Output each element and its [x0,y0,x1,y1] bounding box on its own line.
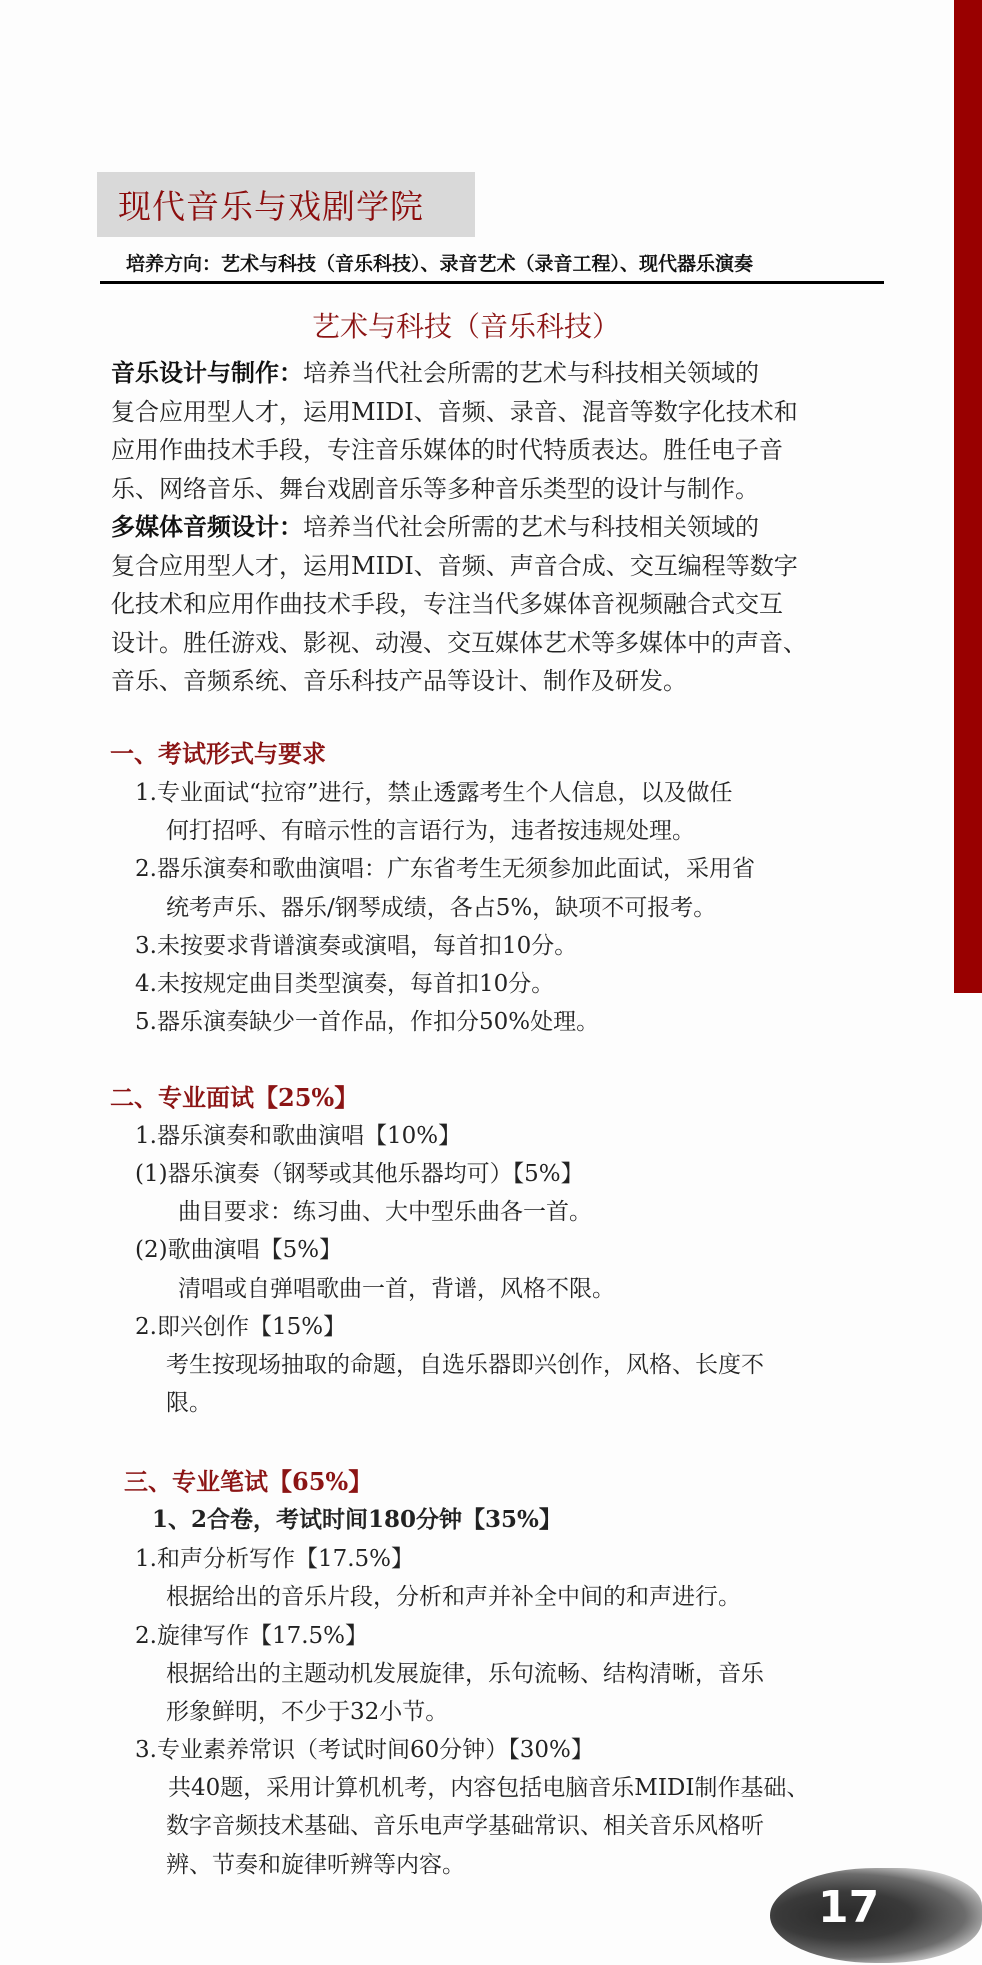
header-divider [100,281,884,284]
list-item: 5.器乐演奏缺少一首作品，作扣分50%处理。 [135,1003,599,1036]
section-heading-exam-format: 一、考试形式与要求 [110,734,326,769]
list-item: 共40题，采用计算机机考，内容包括电脑音乐MIDI制作基础、 [168,1769,809,1802]
list-item: 辨、节奏和旋律听辨等内容。 [166,1846,465,1879]
list-item: 考生按现场抽取的命题，自选乐器即兴创作，风格、长度不 [166,1346,764,1379]
list-item: 2.器乐演奏和歌曲演唱：广东省考生无须参加此面试，采用省 [135,850,755,883]
section-heading-interview: 二、专业面试【25%】 [110,1078,358,1113]
list-item: 统考声乐、器乐/钢琴成绩，各占5%，缺项不可报考。 [166,889,716,922]
list-item: (2)歌曲演唱【5%】 [135,1231,342,1264]
list-item: 清唱或自弹唱歌曲一首，背谱，风格不限。 [178,1270,615,1303]
combined-paper-note: 1、2合卷，考试时间180分钟【35%】 [152,1501,562,1534]
list-item: 4.未按规定曲目类型演奏，每首扣10分。 [135,965,554,998]
list-item: 数字音频技术基础、音乐电声学基础常识、相关音乐风格听 [166,1807,764,1840]
paragraph-label: 音乐设计与制作： [111,358,303,387]
list-item: 形象鲜明，不少于32小节。 [166,1693,448,1726]
list-item: 3.未按要求背谱演奏或演唱，每首扣10分。 [135,927,577,960]
training-directions: 培养方向：艺术与科技（音乐科技）、录音艺术（录音工程）、现代器乐演奏 [126,249,753,276]
side-accent-bar [954,0,982,993]
list-item: 何打招呼、有暗示性的言语行为，违者按违规处理。 [166,812,695,845]
college-title: 现代音乐与戏剧学院 [118,181,424,228]
major-title: 艺术与科技（音乐科技） [0,305,982,345]
list-item: 2.即兴创作【15%】 [135,1308,346,1341]
list-item: 1.专业面试“拉帘”进行，禁止透露考生个人信息，以及做任 [135,774,732,807]
list-item: 2.旋律写作【17.5%】 [135,1617,368,1650]
paragraph-multimedia-audio: 多媒体音频设计：培养当代社会所需的艺术与科技相关领域的 复合应用型人才，运用MI… [111,508,891,701]
college-title-box: 现代音乐与戏剧学院 [97,172,475,237]
paragraph-music-design: 音乐设计与制作：培养当代社会所需的艺术与科技相关领域的 复合应用型人才，运用MI… [111,354,891,508]
list-item: 曲目要求：练习曲、大中型乐曲各一首。 [178,1193,592,1226]
list-item: 3.专业素养常识（考试时间60分钟）【30%】 [135,1731,594,1764]
page-number: 17 [818,1882,879,1933]
list-item: 根据给出的音乐片段，分析和声并补全中间的和声进行。 [166,1578,741,1611]
list-item: 1.和声分析写作【17.5%】 [135,1540,414,1573]
paragraph-label: 多媒体音频设计： [111,512,303,541]
list-item: 限。 [166,1384,212,1417]
list-item: 1.器乐演奏和歌曲演唱【10%】 [135,1117,461,1150]
list-item: (1)器乐演奏（钢琴或其他乐器均可）【5%】 [135,1155,584,1188]
section-heading-written-exam: 三、专业笔试【65%】 [124,1462,372,1497]
list-item: 根据给出的主题动机发展旋律，乐句流畅、结构清晰，音乐 [166,1655,764,1688]
